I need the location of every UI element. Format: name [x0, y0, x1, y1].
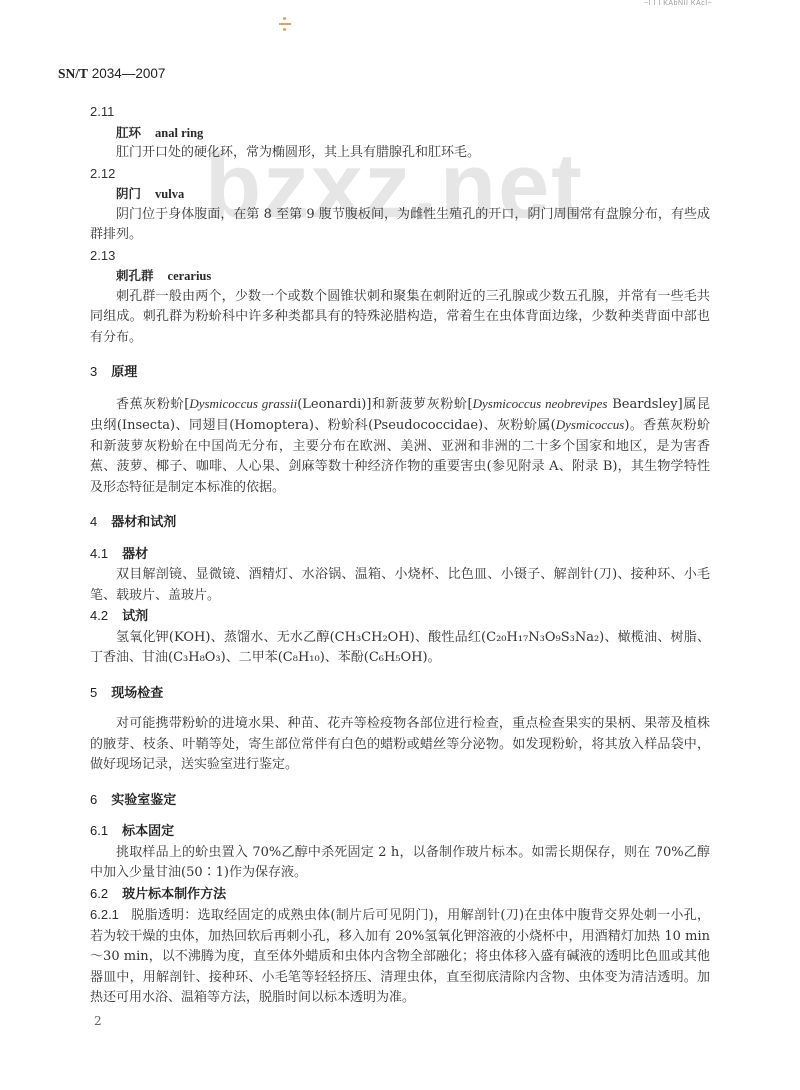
principle-paragraph: 香蕉灰粉蚧[Dysmicoccus grassii(Leonardi)]和新菠萝… — [90, 394, 710, 499]
term-en: anal ring — [155, 126, 203, 140]
standard-code-prefix: SN/T — [58, 66, 88, 81]
reagent-list: 氢氧化钾(KOH)、蒸馏水、无水乙醇(CH₃CH₂OH)、酸性品红(C₂₀H₁₇… — [90, 628, 710, 669]
page-number: 2 — [94, 1014, 102, 1028]
clause-number: 6.2.1 — [90, 907, 119, 922]
section-heading-lab-identification: 6实验室鉴定 — [90, 790, 710, 812]
term-heading: 刺孔群cerarius — [90, 266, 710, 287]
degreasing-paragraph: 6.2.1脱脂透明：选取经固定的成熟虫体(制片后可见阴门)，用解剖针(刀)在虫体… — [90, 905, 710, 1009]
field-inspection-paragraph: 对可能携带粉蚧的进境水果、种苗、花卉等检疫物各部位进行检查，重点检查果实的果柄、… — [90, 714, 710, 776]
term-definition: 阴门位于身体腹面，在第 8 至第 9 腹节腹板间，为雌性生殖孔的开口，阴门周围常… — [90, 205, 710, 246]
section-heading-principle: 3原理 — [90, 362, 710, 384]
term-cn: 刺孔群 — [116, 268, 154, 283]
clause-number: 2.11 — [90, 102, 710, 123]
term-heading: 阴门vulva — [90, 184, 710, 205]
fixation-paragraph: 挑取样品上的蚧虫置入 70%乙醇中杀死固定 2 h，以备制作玻片标本。如需长期保… — [90, 843, 710, 884]
term-en: cerarius — [168, 269, 212, 283]
equipment-list: 双目解剖镜、显微镜、酒精灯、水浴锅、温箱、小烧杯、比色皿、小镊子、解剖针(刀)、… — [90, 565, 710, 606]
term-heading: 肛环anal ring — [90, 123, 710, 144]
standard-code-number: 2034—2007 — [92, 66, 166, 81]
subsection-heading-reagents: 4.2试剂 — [90, 606, 710, 628]
subsection-heading-fixation: 6.1标本固定 — [90, 821, 710, 843]
term-definition: 刺孔群一般由两个，少数一个或数个圆锥状刺和聚集在刺附近的三孔腺或少数五孔腺，并常… — [90, 287, 710, 349]
term-definition: 肛门开口处的硬化环，常为椭圆形，其上具有腊腺孔和肛环毛。 — [90, 143, 710, 164]
term-en: vulva — [155, 187, 184, 201]
term-cn: 肛环 — [116, 125, 141, 140]
section-heading-materials: 4器材和试剂 — [90, 512, 710, 534]
standard-code: SN/T 2034—2007 — [58, 66, 165, 82]
document-body: 2.11 肛环anal ring 肛门开口处的硬化环，常为椭圆形，其上具有腊腺孔… — [90, 102, 710, 1009]
subsection-heading-slide-preparation: 6.2玻片标本制作方法 — [90, 884, 710, 906]
clause-number: 2.13 — [90, 246, 710, 267]
clause-number: 2.12 — [90, 164, 710, 185]
subsection-heading-equipment: 4.1器材 — [90, 544, 710, 566]
term-cn: 阴门 — [116, 186, 141, 201]
section-heading-field-inspection: 5现场检查 — [90, 683, 710, 705]
divide-icon — [278, 16, 292, 32]
header-watermark-text: ~I I I KAbNII KAcI~ — [644, 0, 712, 7]
